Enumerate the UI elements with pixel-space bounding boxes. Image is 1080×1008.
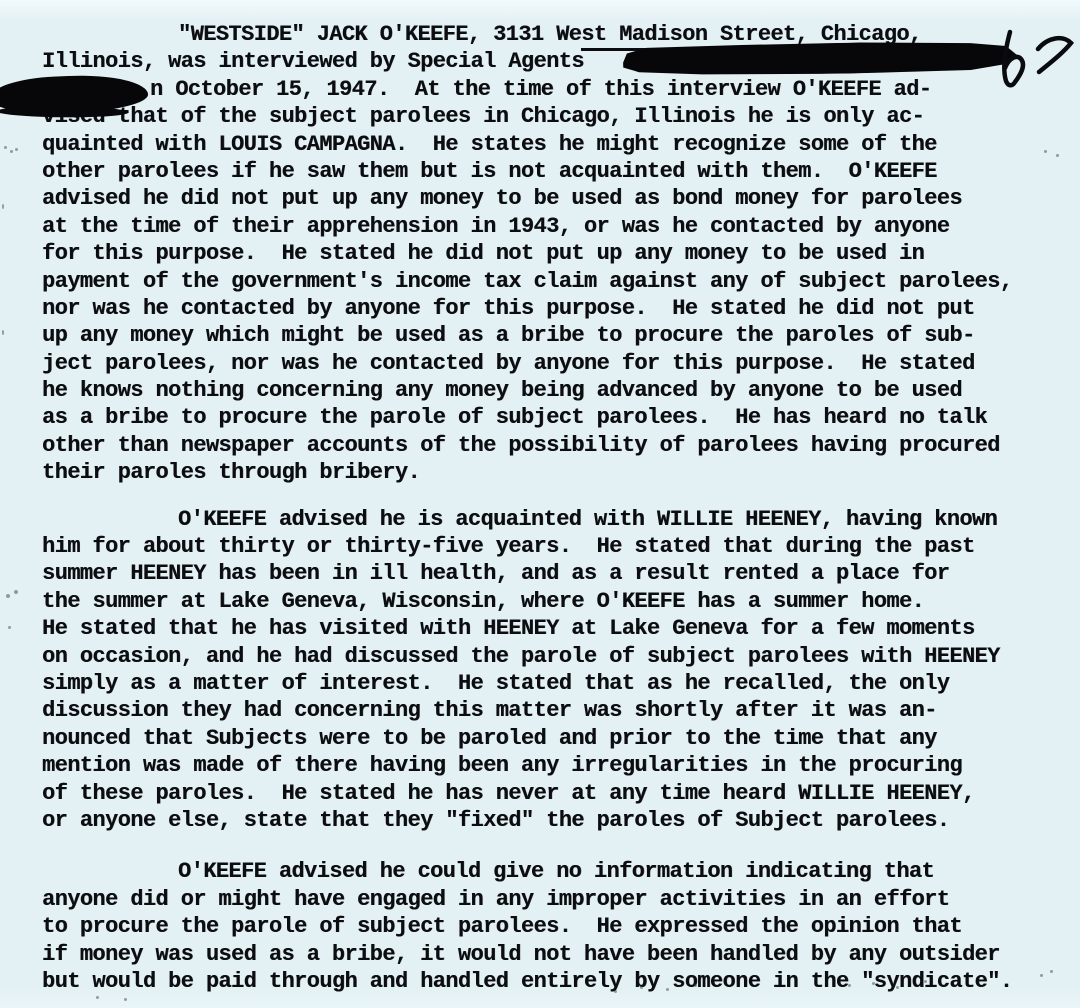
text-line: of these paroles. He stated he has never… [42,780,1064,807]
text-line: quainted with LOUIS CAMPAGNA. He states … [42,131,1064,158]
scan-artifact [96,996,99,999]
scan-artifact [2,330,4,335]
text-line: if money was used as a bribe, it would n… [42,941,1064,968]
line3-text: n October 15, 1947. At the time of this … [150,77,931,102]
text-line: n October 15, 1947. At the time of this … [42,76,1064,103]
text-line: to procure the parole of subject parolee… [42,913,1064,940]
text-line: anyone did or might have engaged in any … [42,886,1064,913]
text-line: he knows nothing concerning any money be… [42,377,1064,404]
text-line: nor was he contacted by anyone for this … [42,295,1064,322]
text-line: ject parolees, nor was he contacted by a… [42,350,1064,377]
scan-artifact [848,984,851,987]
text-line: discussion they had concerning this matt… [42,697,1064,724]
text-line: on occasion, and he had discussed the pa… [42,643,1064,670]
text-line: but would be paid through and handled en… [42,968,1064,995]
scan-artifact [2,204,4,209]
document-text: "WESTSIDE" JACK O'KEEFE, 3131 West Madis… [42,21,1064,995]
scan-artifact [4,146,7,149]
text-line: for this purpose. He stated he did not p… [42,240,1064,267]
text-line: simply as a matter of interest. He state… [42,670,1064,697]
text-line: other than newspaper accounts of the pos… [42,432,1064,459]
text-line: at the time of their apprehension in 194… [42,213,1064,240]
scan-artifact [8,626,11,629]
text-line: vised that of the subject parolees in Ch… [42,103,1064,130]
text-line: the summer at Lake Geneva, Wisconsin, wh… [42,588,1064,615]
scan-artifact [614,990,617,993]
text-line: mention was made of there having been an… [42,752,1064,779]
paragraph-1: "WESTSIDE" JACK O'KEEFE, 3131 West Madis… [42,21,1064,487]
text-line: He stated that he has visited with HEENE… [42,615,1064,642]
text-line: other parolees if he saw them but is not… [42,158,1064,185]
scan-artifact [6,594,10,598]
scan-artifact [1044,150,1047,153]
text-line: O'KEEFE advised he is acquainted with WI… [42,506,1064,533]
document-page: "WESTSIDE" JACK O'KEEFE, 3131 West Madis… [0,0,1080,1008]
text-line: advised he did not put up any money to b… [42,185,1064,212]
text-line: him for about thirty or thirty-five year… [42,533,1064,560]
text-line: O'KEEFE advised he could give no informa… [42,858,1064,885]
text-line: nounced that Subjects were to be paroled… [42,725,1064,752]
text-line: their paroles through bribery. [42,459,1064,486]
text-line: summer HEENEY has been in ill health, an… [42,560,1064,587]
paragraph-3: O'KEEFE advised he could give no informa… [42,858,1064,995]
text-line: or anyone else, state that they "fixed" … [42,807,1064,834]
text-line: as a bribe to procure the parole of subj… [42,404,1064,431]
line1-text: "WESTSIDE" JACK O'KEEFE, 3131 We [178,22,581,47]
text-line: payment of the government's income tax c… [42,268,1064,295]
handwritten-b7-mark-icon [993,27,1079,91]
scan-artifact [1040,974,1043,977]
paragraph-2: O'KEEFE advised he is acquainted with WI… [42,506,1064,835]
text-line: up any money which might be used as a br… [42,322,1064,349]
